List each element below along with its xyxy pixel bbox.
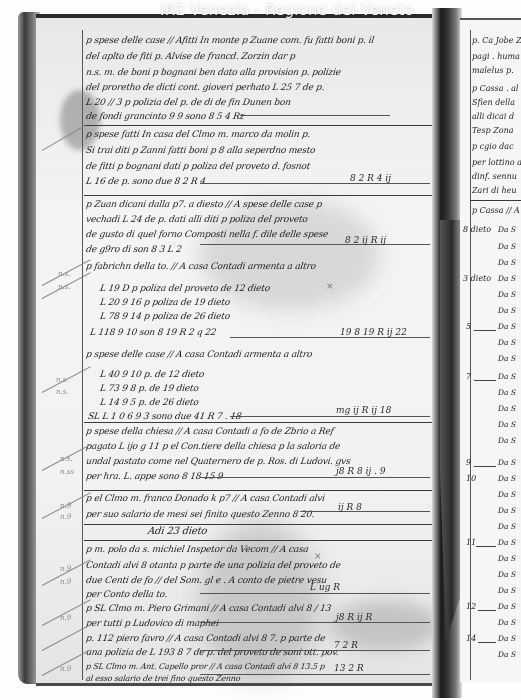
entry-5-line-3: L 73 9 8 p. de 19 dieto	[99, 384, 199, 394]
entry-2-line-1: p spese fatti In casa del Clmo m. marco …	[85, 130, 311, 140]
entry-1-line-4: del proretho de dicti cont. gioveri perh…	[85, 83, 325, 93]
entry-5-line-2: L 40 9 10 p. de 12 dieto	[99, 370, 204, 380]
right-line: p. Ca Jobe Zu	[472, 36, 521, 45]
right-entry: Da S	[498, 388, 516, 397]
right-entry: Da S	[498, 420, 516, 429]
manuscript-scan: p spese delle case // Afitti In monte p …	[0, 0, 521, 700]
margin-note: n.s.	[56, 388, 69, 396]
right-entry: Da S	[498, 225, 516, 234]
right-entry: Da S	[498, 490, 516, 499]
watermark: IRE Venezia - Regione del Veneto	[160, 1, 414, 19]
entry-2-line-3: de fitti p bognani dati p poliza del pro…	[85, 162, 310, 172]
entry-rule	[84, 490, 434, 491]
right-date: 7	[466, 372, 471, 381]
margin-note: n.9	[60, 665, 71, 673]
right-entry: Da S	[498, 290, 516, 299]
entry-5-line-4: L 14 9 5 p. de 26 dieto	[99, 398, 199, 408]
right-line: pagi . huma	[472, 52, 520, 61]
amount-line	[200, 593, 430, 594]
entry-rule	[84, 524, 434, 525]
entry-4-line-4: L 78 9 14 p poliza de 26 dieto	[99, 312, 230, 322]
right-date: 5	[466, 322, 471, 331]
entry-6-line-1: p spese della chiesa // A casa Contadi a…	[85, 427, 334, 437]
right-entry: Da S	[498, 372, 516, 381]
right-line: p cgio dac	[472, 142, 514, 151]
entry-12-amount: 13 2 R	[334, 664, 364, 674]
right-date: 14	[466, 634, 476, 643]
right-date: 10	[466, 474, 476, 483]
amount-line	[230, 416, 430, 417]
entry-3-amount: 8 2 ij R ij	[345, 236, 386, 246]
entry-2-amount: 8 2 R 4 ij	[350, 174, 391, 184]
entry-7-line-2: per suo salario de mesi sei finito quest…	[85, 510, 315, 520]
amount-line	[300, 511, 430, 512]
amount-line	[200, 244, 430, 245]
right-dash	[476, 546, 496, 547]
amount-line	[200, 650, 430, 651]
entry-6-amount: j8 R 8 ij . 9	[336, 467, 386, 477]
entry-4-line-3: L 20 9 16 p poliza de 19 dieto	[99, 298, 230, 308]
entry-9-line-3: due Centi de fo // del Som. gl e . A con…	[85, 576, 327, 586]
right-entry: Da S	[498, 306, 516, 315]
right-dash	[478, 610, 496, 611]
entry-3-line-4: de g9ro di son 8 3 L 2	[85, 245, 182, 255]
entry-12-line-2: al esso salario de trei fino questo Zenn…	[85, 674, 241, 683]
right-line: malelus p.	[472, 66, 514, 75]
entry-1-line-1: p spese delle case // Afitti In monte p …	[85, 36, 374, 46]
amount-line	[200, 477, 430, 478]
entry-12-line-1: p SL Clmo m. Ant. Capello pror // A casa…	[85, 662, 325, 671]
right-line: per lottino a	[472, 158, 521, 167]
right-entry: Da S	[498, 474, 516, 483]
right-entry: Da S	[498, 554, 516, 563]
entry-1-line-6: de fondi grancinto 9 9 sono 8 5 4 Rz	[85, 112, 245, 122]
cross-mark: ×	[326, 282, 334, 292]
amount-line	[200, 622, 430, 623]
entry-4-amount: 19 8 19 R ij 22	[340, 328, 407, 338]
date-heading: Adi 23 dieto	[147, 526, 208, 537]
right-date: 3 dieto	[463, 274, 491, 283]
right-entry: Da S	[498, 602, 516, 611]
amount-line	[200, 674, 430, 675]
right-dash	[478, 642, 496, 643]
entry-4-line-2: L 19 D p poliza del proveto de 12 dieto	[99, 284, 270, 294]
entry-10-line-2: per tutti p Ludovico di maphei	[85, 619, 219, 629]
right-entry: Da S	[498, 618, 516, 627]
entry-rule	[84, 540, 434, 541]
right-entry: Da S	[498, 506, 516, 515]
entry-4-line-1: p fabrichn della to. // A casa Contadi a…	[85, 262, 316, 272]
entry-7-amount: ij R 8	[338, 503, 362, 513]
entry-9-line-2: Contadi alvi 8 otanta p parte de una pol…	[85, 561, 341, 571]
right-entry: Da S	[498, 634, 516, 643]
right-rule	[470, 200, 521, 201]
right-entry: Da S	[498, 458, 516, 467]
right-line: Zari di heu	[472, 186, 517, 195]
entry-rule	[84, 195, 434, 196]
margin-note: n.9	[60, 578, 71, 586]
entry-10-amount: j8 R ij R	[336, 613, 372, 623]
entry-1-line-2: del aplto de fiti p. Alvise de francd. Z…	[85, 52, 296, 62]
right-entry: Da S	[498, 322, 516, 331]
right-date: 9	[466, 458, 471, 467]
entry-3-line-2: vechadi L 24 de p. dati alli diti p poli…	[85, 215, 308, 225]
entry-rule	[84, 125, 434, 126]
right-entry: Da S	[498, 354, 516, 363]
right-line: alli dicai d	[472, 112, 514, 121]
entry-5-line-5: SL L 1 0 6 9 3 sono due 41 R 7 . 18	[87, 412, 242, 422]
entry-7-line-1: p el Clmo m. franco Donado k p7 // A cas…	[85, 494, 325, 504]
right-entry: Da S	[498, 522, 516, 531]
right-entry: Da S	[498, 538, 516, 547]
right-section-heading: p Cassa // A	[472, 206, 520, 215]
cross-mark: ×	[314, 552, 322, 562]
right-entry: Da S	[498, 338, 516, 347]
entry-11-line-1: p. 112 piero favro // A casa Contadi alv…	[85, 634, 326, 644]
amount-line	[240, 115, 390, 116]
entry-1-line-3: n.s. m. de boni p bognani ben dato alla …	[85, 68, 341, 78]
right-entry: Da S	[498, 258, 516, 267]
right-entry: Da S	[498, 404, 516, 413]
right-line: dinf. sennu	[472, 172, 517, 181]
entry-9-line-1: p m. polo da s. michiel Inspetor da Veco…	[85, 545, 309, 555]
amount-line	[200, 183, 430, 184]
margin-note: n.9	[60, 513, 71, 521]
entry-5-amount: mg ij R ij 18	[336, 406, 391, 416]
entry-6-line-3: undal pastato come nel Quaternero de p. …	[85, 457, 351, 467]
right-date: 11	[466, 538, 476, 547]
entry-9-amount: L ug R	[310, 583, 340, 593]
margin-note: n.ss	[60, 468, 74, 476]
entry-3-line-1: p Zuan dicani dalla p7. a diesto // A sp…	[85, 200, 322, 210]
entry-9-line-4: per Conto della to.	[85, 590, 168, 600]
right-dash	[474, 330, 496, 331]
right-date: 8 dieto	[463, 225, 491, 234]
right-line: p Cassa . al	[472, 84, 519, 93]
right-entry: Da S	[498, 242, 516, 251]
right-entry: Da S	[498, 274, 516, 283]
entry-4-line-5: L 118 9 10 son 8 19 R 2 q 22	[89, 328, 216, 338]
right-entry: Da S	[498, 570, 516, 579]
entry-rule	[84, 422, 434, 423]
right-line: Tesp Zona	[472, 126, 514, 135]
right-entry: Da S	[498, 436, 516, 445]
right-dash	[474, 380, 496, 381]
entry-2-line-4: L 16 de p. sono due 8 2 R 4	[85, 177, 206, 187]
right-line: Sfien della	[472, 98, 515, 107]
entry-1-line-5: L 20 // 3 p polizia del p. de di de fin …	[85, 98, 291, 108]
entry-10-line-1: p SL Clmo m. Piero Grimani // A casa Con…	[85, 604, 331, 614]
entry-5-line-1: p spese delle case // A casa Contadi arm…	[85, 350, 312, 360]
entry-6-line-2: pagato L ijo g 11 p el Con.tiere della c…	[85, 442, 340, 452]
right-entry: Da S	[498, 650, 516, 659]
entry-11-amount: 7 2 R	[334, 641, 358, 651]
right-date: 12	[466, 602, 476, 611]
right-entry: Da S	[498, 586, 516, 595]
entry-3-line-3: de gusto di quel forno Composti nella f.…	[85, 230, 328, 240]
right-margin-rule	[470, 30, 471, 680]
right-dash	[474, 466, 496, 467]
entry-2-line-2: Si trai diti p Zanni fatti boni p 8 alla…	[85, 146, 316, 156]
